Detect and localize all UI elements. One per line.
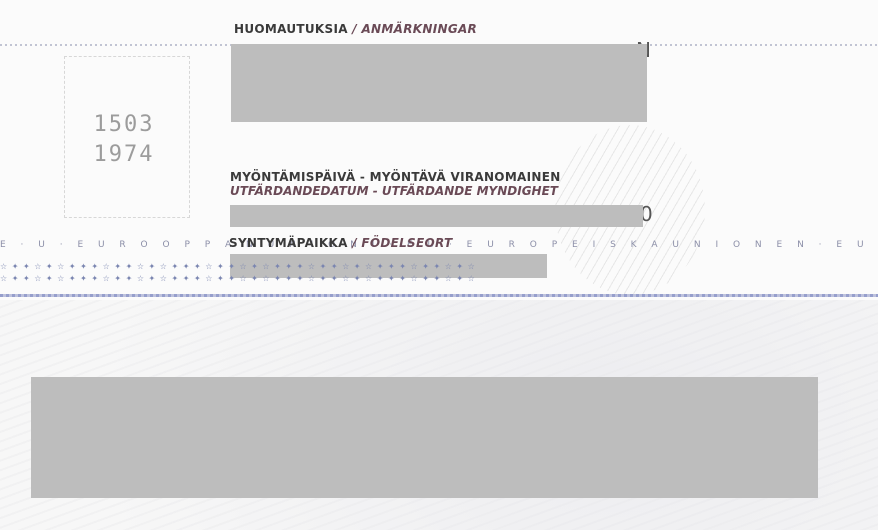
birthplace-label: SYNTYMÄPAIKKA / FÖDELSEORT — [229, 236, 453, 250]
stamp-number-2: 1974 — [84, 142, 164, 167]
issue-label-sv: UTFÄRDANDEDATUM - UTFÄRDANDE MYNDIGHET — [230, 184, 558, 198]
remarks-label-fi: HUOMAUTUKSIA — [234, 22, 348, 36]
redacted-issue-date-authority — [230, 205, 643, 227]
passport-page: 1503 1974 HUOMAUTUKSIA / ANMÄRKNINGAR N … — [0, 0, 878, 530]
page-border-line — [0, 294, 878, 297]
star-microprint-row-2: ☆ ✦ ✦ ☆ ✦ ☆ ✦ ✦ ✦ ☆ ✦ ✦ ☆ ✦ ☆ ✦ ✦ ✦ ☆ ✦ … — [0, 274, 878, 283]
stamp-number-1: 1503 — [84, 112, 164, 137]
remarks-label: HUOMAUTUKSIA / ANMÄRKNINGAR — [234, 22, 477, 36]
stamp-box — [64, 56, 190, 218]
remarks-label-sv: ANMÄRKNINGAR — [361, 22, 477, 36]
star-microprint-row-1: ☆ ✦ ✦ ☆ ✦ ☆ ✦ ✦ ✦ ☆ ✦ ✦ ☆ ✦ ☆ ✦ ✦ ✦ ☆ ✦ … — [0, 262, 878, 271]
redacted-remarks — [231, 44, 647, 122]
redacted-machine-readable-zone — [31, 377, 818, 498]
birthplace-label-fi: SYNTYMÄPAIKKA — [229, 236, 348, 250]
issue-label-fi: MYÖNTÄMISPÄIVÄ - MYÖNTÄVÄ VIRANOMAINEN — [230, 170, 561, 184]
birthplace-label-sv: FÖDELSEORT — [361, 236, 452, 250]
remarks-separator: / — [348, 22, 362, 36]
birthplace-separator: / — [348, 236, 362, 250]
